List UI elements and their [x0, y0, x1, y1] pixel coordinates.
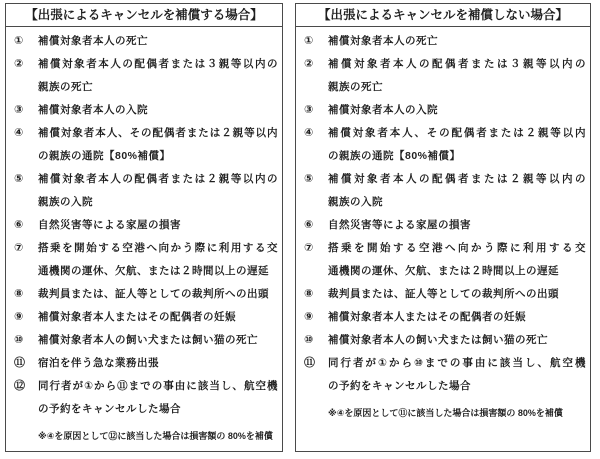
- item-line: 補償対象者本人またはその配偶者の妊娠: [38, 306, 278, 329]
- item-line: の予約をキャンセルした場合: [328, 375, 586, 398]
- item-number: ⑩: [304, 329, 328, 352]
- item-number: ④: [304, 122, 328, 168]
- item-text: 補償対象者本人の入院: [38, 99, 278, 122]
- item-line: 補償対象者本人の配偶者または３親等以内の: [328, 53, 586, 76]
- item-text: 補償対象者本人の死亡: [38, 30, 278, 53]
- list-item: ⑩補償対象者本人の飼い犬または飼い猫の死亡: [14, 329, 278, 352]
- item-number: ⑩: [14, 329, 38, 352]
- item-line: 搭乗を開始する空港へ向かう際に利用する交: [328, 237, 586, 260]
- list-item: ④補償対象者本人、その配偶者または２親等以内の親族の通院【80%補償】: [304, 122, 586, 168]
- list-item: ⑫同行者が①から⑪までの事由に該当し、航空機の予約をキャンセルした場合: [14, 375, 278, 421]
- item-line: 補償対象者本人の配偶者または３親等以内の: [38, 53, 278, 76]
- item-text: 補償対象者本人の配偶者または２親等以内の親族の入院: [38, 168, 278, 214]
- list-item: ③補償対象者本人の入院: [304, 99, 586, 122]
- item-text: 補償対象者本人、その配偶者または２親等以内の親族の通院【80%補償】: [38, 122, 278, 168]
- item-line: 自然災害等による家屋の損害: [38, 214, 278, 237]
- item-text: 補償対象者本人またはその配偶者の妊娠: [38, 306, 278, 329]
- item-line: 親族の死亡: [38, 76, 278, 99]
- item-line: 通機関の運休、欠航、または２時間以上の遅延: [38, 260, 278, 283]
- item-number: ⑨: [304, 306, 328, 329]
- item-line: 補償対象者本人、その配偶者または２親等以内: [328, 122, 586, 145]
- item-number: ②: [304, 53, 328, 99]
- item-number: ③: [14, 99, 38, 122]
- table-header-covered: 【出張によるキャンセルを補償する場合】: [6, 4, 282, 27]
- item-number: ③: [304, 99, 328, 122]
- item-line: 親族の入院: [328, 191, 586, 214]
- item-text: 搭乗を開始する空港へ向かう際に利用する交通機関の運休、欠航、または２時間以上の遅…: [328, 237, 586, 283]
- item-text: 補償対象者本人の飼い犬または飼い猫の死亡: [328, 329, 586, 352]
- item-text: 補償対象者本人の配偶者または３親等以内の親族の死亡: [38, 53, 278, 99]
- item-line: の親族の通院【80%補償】: [38, 145, 278, 168]
- list-item: ⑤補償対象者本人の配偶者または２親等以内の親族の入院: [304, 168, 586, 214]
- item-line: 自然災害等による家屋の損害: [328, 214, 586, 237]
- list-item: ⑪同行者が①から⑩までの事由に該当し、航空機の予約をキャンセルした場合: [304, 352, 586, 398]
- item-line: 補償対象者本人の死亡: [38, 30, 278, 53]
- item-list-not-covered: ①補償対象者本人の死亡②補償対象者本人の配偶者または３親等以内の親族の死亡③補償…: [296, 27, 590, 398]
- footnote-covered: ※④を原因として⑫に該当した場合は損害額の 80%を補償: [6, 427, 282, 445]
- footnote-not-covered: ※④を原因として⑪に該当した場合は損害額の 80%を補償: [296, 404, 590, 422]
- list-item: ⑧裁判員または、証人等としての裁判所への出頭: [304, 283, 586, 306]
- list-item: ④補償対象者本人、その配偶者または２親等以内の親族の通院【80%補償】: [14, 122, 278, 168]
- item-text: 補償対象者本人の配偶者または２親等以内の親族の入院: [328, 168, 586, 214]
- item-line: 補償対象者本人の入院: [328, 99, 586, 122]
- item-line: 補償対象者本人の入院: [38, 99, 278, 122]
- item-text: 補償対象者本人またはその配偶者の妊娠: [328, 306, 586, 329]
- item-text: 補償対象者本人の入院: [328, 99, 586, 122]
- item-text: 自然災害等による家屋の損害: [328, 214, 586, 237]
- list-item: ②補償対象者本人の配偶者または３親等以内の親族の死亡: [304, 53, 586, 99]
- item-text: 補償対象者本人の死亡: [328, 30, 586, 53]
- item-number: ⑦: [304, 237, 328, 283]
- item-number: ①: [14, 30, 38, 53]
- list-item: ②補償対象者本人の配偶者または３親等以内の親族の死亡: [14, 53, 278, 99]
- list-item: ⑥自然災害等による家屋の損害: [14, 214, 278, 237]
- item-number: ⑪: [304, 352, 328, 398]
- item-line: 親族の入院: [38, 191, 278, 214]
- item-line: 親族の死亡: [328, 76, 586, 99]
- item-text: 自然災害等による家屋の損害: [38, 214, 278, 237]
- list-item: ⑨補償対象者本人またはその配偶者の妊娠: [14, 306, 278, 329]
- item-text: 裁判員または、証人等としての裁判所への出頭: [328, 283, 586, 306]
- item-text: 同行者が①から⑩までの事由に該当し、航空機の予約をキャンセルした場合: [328, 352, 586, 398]
- item-line: の予約をキャンセルした場合: [38, 398, 278, 421]
- item-number: ⑨: [14, 306, 38, 329]
- item-text: 補償対象者本人、その配偶者または２親等以内の親族の通院【80%補償】: [328, 122, 586, 168]
- item-number: ⑥: [14, 214, 38, 237]
- item-number: ①: [304, 30, 328, 53]
- item-line: 搭乗を開始する空港へ向かう際に利用する交: [38, 237, 278, 260]
- item-text: 補償対象者本人の配偶者または３親等以内の親族の死亡: [328, 53, 586, 99]
- item-number: ⑤: [14, 168, 38, 214]
- list-item: ⑤補償対象者本人の配偶者または２親等以内の親族の入院: [14, 168, 278, 214]
- item-number: ⑥: [304, 214, 328, 237]
- item-line: 裁判員または、証人等としての裁判所への出頭: [38, 283, 278, 306]
- list-item: ①補償対象者本人の死亡: [304, 30, 586, 53]
- list-item: ③補償対象者本人の入院: [14, 99, 278, 122]
- item-line: 宿泊を伴う急な業務出張: [38, 352, 278, 375]
- item-number: ⑪: [14, 352, 38, 375]
- item-number: ⑦: [14, 237, 38, 283]
- table-header-not-covered: 【出張によるキャンセルを補償しない場合】: [296, 4, 590, 27]
- item-line: の親族の通院【80%補償】: [328, 145, 586, 168]
- item-number: ④: [14, 122, 38, 168]
- item-line: 同行者が①から⑪までの事由に該当し、航空機: [38, 375, 278, 398]
- item-number: ⑧: [304, 283, 328, 306]
- item-text: 裁判員または、証人等としての裁判所への出頭: [38, 283, 278, 306]
- item-line: 補償対象者本人の配偶者または２親等以内の: [38, 168, 278, 191]
- item-line: 補償対象者本人の配偶者または２親等以内の: [328, 168, 586, 191]
- item-list-covered: ①補償対象者本人の死亡②補償対象者本人の配偶者または３親等以内の親族の死亡③補償…: [6, 27, 282, 421]
- item-number: ②: [14, 53, 38, 99]
- item-line: 補償対象者本人の死亡: [328, 30, 586, 53]
- item-text: 補償対象者本人の飼い犬または飼い猫の死亡: [38, 329, 278, 352]
- item-line: 同行者が①から⑩までの事由に該当し、航空機: [328, 352, 586, 375]
- item-number: ⑤: [304, 168, 328, 214]
- coverage-table-covered: 【出張によるキャンセルを補償する場合】 ①補償対象者本人の死亡②補償対象者本人の…: [5, 3, 283, 452]
- item-text: 同行者が①から⑪までの事由に該当し、航空機の予約をキャンセルした場合: [38, 375, 278, 421]
- item-number: ⑫: [14, 375, 38, 421]
- list-item: ⑦搭乗を開始する空港へ向かう際に利用する交通機関の運休、欠航、または２時間以上の…: [304, 237, 586, 283]
- list-item: ①補償対象者本人の死亡: [14, 30, 278, 53]
- item-text: 宿泊を伴う急な業務出張: [38, 352, 278, 375]
- item-line: 補償対象者本人、その配偶者または２親等以内: [38, 122, 278, 145]
- item-line: 通機関の運休、欠航、または２時間以上の遅延: [328, 260, 586, 283]
- list-item: ⑧裁判員または、証人等としての裁判所への出頭: [14, 283, 278, 306]
- list-item: ⑨補償対象者本人またはその配偶者の妊娠: [304, 306, 586, 329]
- item-line: 裁判員または、証人等としての裁判所への出頭: [328, 283, 586, 306]
- item-text: 搭乗を開始する空港へ向かう際に利用する交通機関の運休、欠航、または２時間以上の遅…: [38, 237, 278, 283]
- item-line: 補償対象者本人の飼い犬または飼い猫の死亡: [38, 329, 278, 352]
- item-number: ⑧: [14, 283, 38, 306]
- item-line: 補償対象者本人またはその配偶者の妊娠: [328, 306, 586, 329]
- list-item: ⑩補償対象者本人の飼い犬または飼い猫の死亡: [304, 329, 586, 352]
- list-item: ⑥自然災害等による家屋の損害: [304, 214, 586, 237]
- list-item: ⑪宿泊を伴う急な業務出張: [14, 352, 278, 375]
- list-item: ⑦搭乗を開始する空港へ向かう際に利用する交通機関の運休、欠航、または２時間以上の…: [14, 237, 278, 283]
- coverage-table-not-covered: 【出張によるキャンセルを補償しない場合】 ①補償対象者本人の死亡②補償対象者本人…: [295, 3, 591, 452]
- item-line: 補償対象者本人の飼い犬または飼い猫の死亡: [328, 329, 586, 352]
